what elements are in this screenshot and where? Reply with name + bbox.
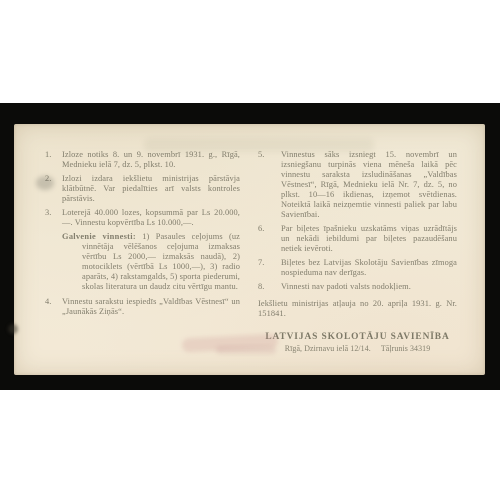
- rule-number: 1.: [45, 150, 62, 170]
- rule-number: 3.: [45, 208, 62, 228]
- rule-number: 4.: [45, 297, 62, 317]
- organization-name: LATVIJAS SKOLOTĀJU SAVIENĪBA: [258, 332, 457, 342]
- rule-text: Izloze notiks 8. un 9. novembrī 1931. g.…: [62, 150, 240, 170]
- ink-smudge: [36, 176, 54, 190]
- rule-number: 8.: [258, 282, 281, 292]
- rules-column-left: 1. Izloze notiks 8. un 9. novembrī 1931.…: [45, 150, 240, 354]
- main-prizes-lead: Galvenie vinnesti:: [62, 232, 136, 241]
- rule-number: 7.: [258, 258, 281, 278]
- ministry-permit-note: Iekšlietu ministrijas atļauja no 20. apr…: [258, 299, 457, 319]
- rule-item-4: 4. Vinnestu sarakstu iespiedīs „Valdības…: [45, 297, 240, 317]
- rule-text: Biļetes bez Latvijas Skolotāju Savienība…: [281, 258, 457, 278]
- rule-text: Loterejā 40.000 lozes, kopsummā par Ls 2…: [62, 208, 240, 228]
- organization-address: Rīgā, Dzirnavu ielā 12/14.: [285, 344, 371, 353]
- main-prizes-paragraph: Galvenie vinnesti: 1) Pasaules ceļojums …: [62, 232, 240, 292]
- rule-text: Izlozi izdara iekšlietu ministrijas pārs…: [62, 174, 240, 204]
- rule-item-6: 6. Par biļetes īpašnieku uzskatāms viņas…: [258, 224, 457, 254]
- rule-item-3: 3. Loterejā 40.000 lozes, kopsummā par L…: [45, 208, 240, 228]
- organization-phone: Tāļrunis 34319: [381, 344, 430, 353]
- lottery-ticket-back: 1. Izloze notiks 8. un 9. novembrī 1931.…: [14, 124, 485, 375]
- rule-text: Vinnestu sarakstu iespiedīs „Valdības Vē…: [62, 297, 240, 317]
- rule-item-1: 1. Izloze notiks 8. un 9. novembrī 1931.…: [45, 150, 240, 170]
- rule-item-5: 5. Vinnestus sāks izsniegt 15. novembrī …: [258, 150, 457, 220]
- rule-text: Par biļetes īpašnieku uzskatāms viņas uz…: [281, 224, 457, 254]
- rule-text: Vinnesti nav padoti valsts nodokļiem.: [281, 282, 457, 292]
- rule-item-8: 8. Vinnesti nav padoti valsts nodokļiem.: [258, 282, 457, 292]
- rules-column-right: 5. Vinnestus sāks izsniegt 15. novembrī …: [258, 150, 457, 354]
- issuer-footer: LATVIJAS SKOLOTĀJU SAVIENĪBA Rīgā, Dzirn…: [258, 332, 457, 354]
- rule-item-2: 2. Izlozi izdara iekšlietu ministrijas p…: [45, 174, 240, 204]
- show-through-ghost-print: [144, 138, 374, 152]
- stamp-smudge-secondary: [216, 346, 276, 354]
- rule-number: 6.: [258, 224, 281, 254]
- scanned-page: { "colors": { "page_background": "#fffff…: [0, 0, 500, 500]
- organization-address-line: Rīgā, Dzirnavu ielā 12/14.Tāļrunis 34319: [258, 344, 457, 354]
- rule-text: Vinnestus sāks izsniegt 15. novembrī un …: [281, 150, 457, 220]
- rule-item-7: 7. Biļetes bez Latvijas Skolotāju Savien…: [258, 258, 457, 278]
- rule-number: 5.: [258, 150, 281, 220]
- edge-fleck: [8, 324, 18, 334]
- rules-text-columns: 1. Izloze notiks 8. un 9. novembrī 1931.…: [14, 124, 485, 354]
